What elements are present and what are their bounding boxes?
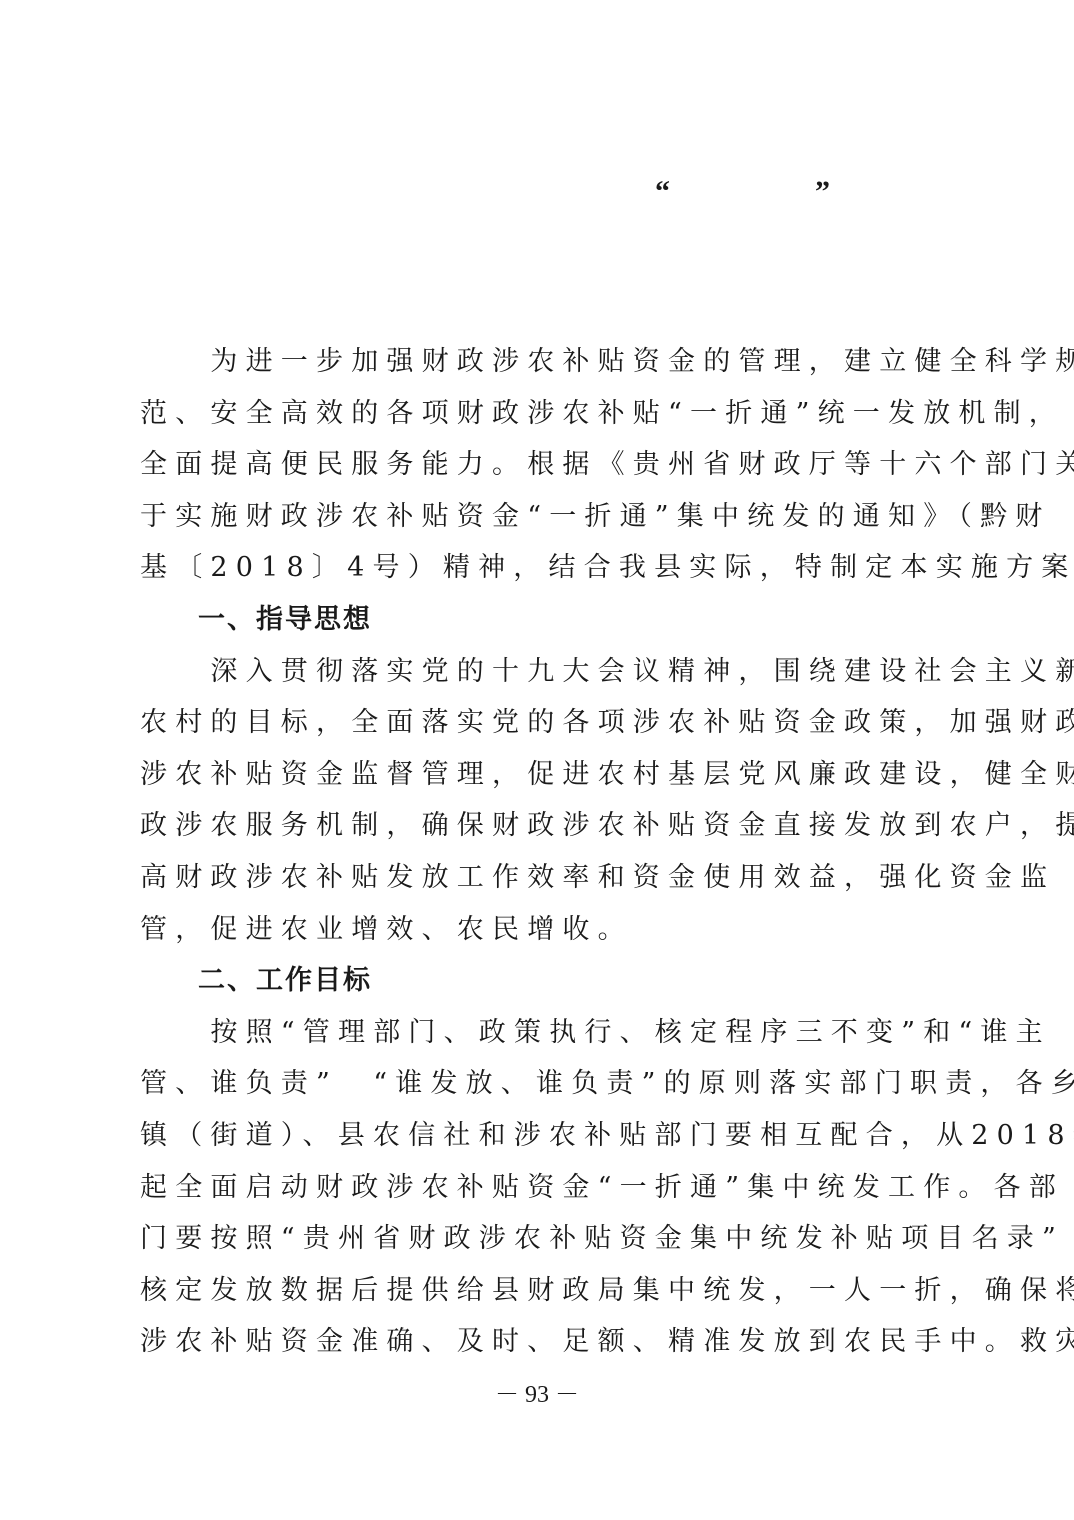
section-heading-guiding-ideology: 一、指导思想 [140, 594, 940, 646]
text-line: 门要按照“贵州省财政涉农补贴资金集中统发补贴项目名录” [140, 1213, 940, 1265]
document-body: 为进一步加强财政涉农补贴资金的管理，建立健全科学规 范、安全高效的各项财政涉农补… [140, 336, 940, 1368]
text-line: 镇（街道）、县农信社和涉农补贴部门要相互配合，从2018年 [140, 1110, 940, 1162]
text-line: 政涉农服务机制，确保财政涉农补贴资金直接发放到农户，提 [140, 800, 940, 852]
text-line: 管，促进农业增效、农民增收。 [140, 904, 940, 956]
text-line: 于实施财政涉农补贴资金“一折通”集中统发的通知》（黔财 [140, 491, 940, 543]
text-line: 涉农补贴资金监督管理，促进农村基层党风廉政建设，健全财 [140, 749, 940, 801]
text-line: 涉农补贴资金准确、及时、足额、精准发放到农民手中。救灾 [140, 1316, 940, 1368]
text-line: 高财政涉农补贴发放工作效率和资金使用效益，强化资金监 [140, 852, 940, 904]
text-line: 核定发放数据后提供给县财政局集中统发，一人一折，确保将 [140, 1265, 940, 1317]
document-title: “ ” [0, 172, 1074, 212]
section-heading-work-goals: 二、工作目标 [140, 955, 940, 1007]
title-open-quote: “ [655, 172, 670, 212]
text-line: 范、安全高效的各项财政涉农补贴“一折通”统一发放机制， [140, 388, 940, 440]
text-line: 农村的目标，全面落实党的各项涉农补贴资金政策，加强财政 [140, 697, 940, 749]
text-line: 起全面启动财政涉农补贴资金“一折通”集中统发工作。各部 [140, 1162, 940, 1214]
text-line: 管、谁负责” “谁发放、谁负责”的原则落实部门职责，各乡 [140, 1058, 940, 1110]
text-line: 按照“管理部门、政策执行、核定程序三不变”和“谁主 [140, 1007, 940, 1059]
text-line: 为进一步加强财政涉农补贴资金的管理，建立健全科学规 [140, 336, 940, 388]
title-close-quote: ” [815, 172, 830, 212]
text-line: 全面提高便民服务能力。根据《贵州省财政厅等十六个部门关 [140, 439, 940, 491]
page-number: － 93 － [0, 1380, 1074, 1410]
text-line: 基〔2018〕4号）精神，结合我县实际，特制定本实施方案。 [140, 542, 940, 594]
text-line: 深入贯彻落实党的十九大会议精神，围绕建设社会主义新 [140, 646, 940, 698]
